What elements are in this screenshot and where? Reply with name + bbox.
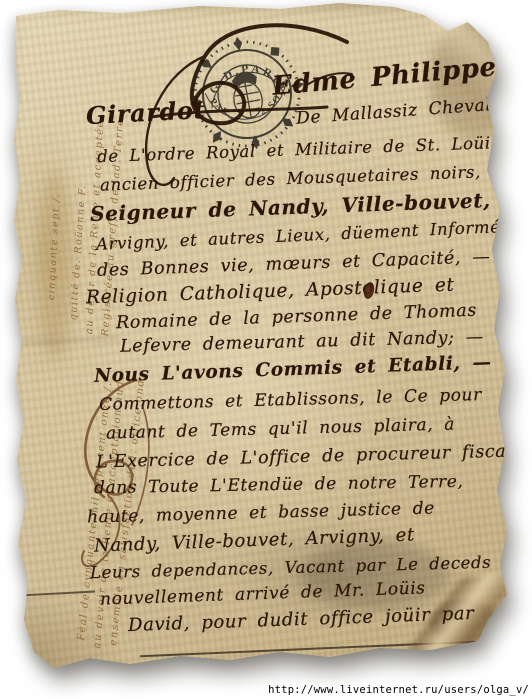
manuscript-line: David, pour dudit office joüir par <box>128 603 475 636</box>
paper-crease-topright <box>419 0 508 55</box>
paper-bottom-fold-line <box>140 641 475 658</box>
manuscript-paper: G.D.PARIS PAP. 2.SOLS <box>0 0 532 699</box>
manuscript-line: Lefevre demeurant au dit Nandy; — <box>120 327 484 357</box>
photo-canvas: G.D.PARIS PAP. 2.SOLS <box>0 0 532 699</box>
paper-sheet: G.D.PARIS PAP. 2.SOLS <box>0 0 532 699</box>
manuscript-line: nouvellement arrivé de Mr. Loüis <box>100 578 426 609</box>
manuscript-line: Nous L'avons Commis et Etabli, — <box>94 352 492 387</box>
paper-crease-mid-left <box>0 338 120 344</box>
margin-note: cinquante sept /. <box>46 192 63 300</box>
watermark-url: http://www.liveinternet.ru/users/olga_v/ <box>268 684 529 696</box>
